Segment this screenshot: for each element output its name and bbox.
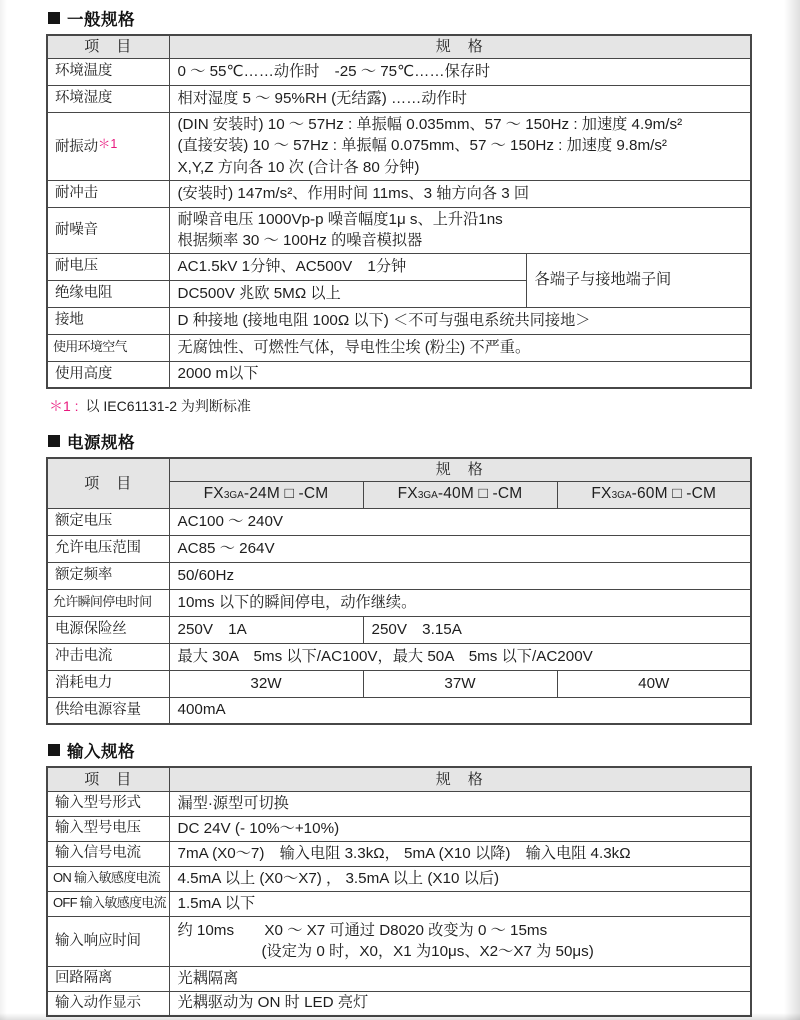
row-value: 400mA	[169, 697, 751, 724]
input-spec-table: 项 目 规 格 输入型号形式 漏型·源型可切换 输入型号电压 DC 24V (-…	[46, 766, 752, 1017]
table-header-row: 项 目 规 格	[47, 35, 751, 58]
header-item: 项 目	[47, 767, 169, 791]
model-name-40: FX3GA-40M □ -CM	[363, 481, 557, 508]
header-spec: 规 格	[169, 767, 751, 791]
table-row: 耐噪音 耐噪音电压 1000Vp-p 噪音幅度1μ s、上升沿1ns 根据频率 …	[47, 207, 751, 253]
section-bullet-icon	[48, 744, 60, 756]
general-spec-table: 项 目 规 格 环境温度 0 ～ 55℃……动作时 -25 ～ 75℃……保存时…	[46, 34, 752, 389]
page-edge-left	[0, 0, 7, 1020]
row-value: DC500V 兆欧 5MΩ 以上	[169, 280, 526, 307]
table-row: 回路隔离 光耦隔离	[47, 966, 751, 991]
section-bullet-icon	[48, 435, 60, 447]
row-label: 回路隔离	[47, 966, 169, 991]
table-row: 环境温度 0 ～ 55℃……动作时 -25 ～ 75℃……保存时	[47, 58, 751, 85]
model-name-60: FX3GA-60M □ -CM	[557, 481, 751, 508]
row-label: 耐噪音	[47, 207, 169, 253]
row-value: 光耦隔离	[169, 966, 751, 991]
row-value: 50/60Hz	[169, 562, 751, 589]
row-label: 额定频率	[47, 562, 169, 589]
section-title-text: 一般规格	[67, 6, 135, 30]
section-title-input: 输入规格	[48, 740, 800, 760]
table-row: 输入响应时间 约 10ms X0 ～ X7 可通过 D8020 改变为 0 ～ …	[47, 916, 751, 966]
table-row: 电源保险丝 250V 1A 250V 3.15A	[47, 616, 751, 643]
row-label: 允许电压范围	[47, 535, 169, 562]
row-label: ON 输入敏感度电流	[47, 866, 169, 891]
row-value: 1.5mA 以下	[169, 891, 751, 916]
power-spec-table: 项 目 规 格 FX3GA-24M □ -CM FX3GA-40M □ -CM …	[46, 457, 752, 725]
row-label: 耐电压	[47, 253, 169, 280]
row-value: AC85 ～ 264V	[169, 535, 751, 562]
table-row: 供给电源容量 400mA	[47, 697, 751, 724]
table-row: 额定电压 AC100 ～ 240V	[47, 508, 751, 535]
row-label: OFF 输入敏感度电流	[47, 891, 169, 916]
footnote: ＊1 : 以 IEC61131-2 为判断标准	[49, 396, 800, 414]
row-label: 输入响应时间	[47, 916, 169, 966]
row-label: 额定电压	[47, 508, 169, 535]
footnote-text: 以 IEC61131-2 为判断标准	[85, 398, 250, 414]
row-value: 10ms 以下的瞬间停电，动作继续。	[169, 589, 751, 616]
row-label: 使用高度	[47, 361, 169, 388]
table-header-row: 项 目 规 格	[47, 458, 751, 481]
table-row: 使用高度 2000 m以下	[47, 361, 751, 388]
row-value: (安装时) 147m/s²、作用时间 11ms、3 轴方向各 3 回	[169, 180, 751, 207]
row-value: 40W	[557, 670, 751, 697]
row-label: 绝缘电阻	[47, 280, 169, 307]
model-name-24: FX3GA-24M □ -CM	[169, 481, 363, 508]
table-row: 输入动作显示 光耦驱动为 ON 时 LED 亮灯	[47, 991, 751, 1016]
row-value: (DIN 安装时) 10 ～ 57Hz : 单振幅 0.035mm、57 ～ 1…	[169, 112, 751, 180]
row-value: DC 24V (- 10%～+10%)	[169, 816, 751, 841]
row-value: 32W	[169, 670, 363, 697]
header-item: 项 目	[47, 458, 169, 508]
row-value: 7mA (X0～7) 输入电阻 3.3kΩ， 5mA (X10 以降) 输入电阻…	[169, 841, 751, 866]
row-value: AC100 ～ 240V	[169, 508, 751, 535]
row-value: 相对湿度 5 ～ 95%RH (无结露) ……动作时	[169, 85, 751, 112]
row-label: 输入型号电压	[47, 816, 169, 841]
header-item: 项 目	[47, 35, 169, 58]
row-value: 37W	[363, 670, 557, 697]
row-label: 电源保险丝	[47, 616, 169, 643]
row-label: 接地	[47, 307, 169, 334]
row-label: 允许瞬间停电时间	[47, 589, 169, 616]
table-row: ON 输入敏感度电流 4.5mA 以上 (X0～X7) ， 3.5mA 以上 (…	[47, 866, 751, 891]
table-row: 消耗电力 32W 37W 40W	[47, 670, 751, 697]
table-row: 耐振动＊1 (DIN 安装时) 10 ～ 57Hz : 单振幅 0.035mm、…	[47, 112, 751, 180]
table-row: 耐电压 AC1.5kV 1分钟、AC500V 1分钟 各端子与接地端子间	[47, 253, 751, 280]
footnote-marker: ＊1 :	[49, 398, 79, 414]
table-row: 额定频率 50/60Hz	[47, 562, 751, 589]
row-label: 输入型号形式	[47, 791, 169, 816]
row-label: 输入信号电流	[47, 841, 169, 866]
footnote-marker: ＊1	[98, 137, 117, 151]
row-label: 冲击电流	[47, 643, 169, 670]
row-value: 4.5mA 以上 (X0～X7) ， 3.5mA 以上 (X10 以后)	[169, 866, 751, 891]
row-value: 无腐蚀性、可燃性气体，导电性尘埃 (粉尘) 不严重。	[169, 334, 751, 361]
table-row: 输入型号电压 DC 24V (- 10%～+10%)	[47, 816, 751, 841]
row-value: 漏型·源型可切换	[169, 791, 751, 816]
datasheet-page: 一般规格 项 目 规 格 环境温度 0 ～ 55℃……动作时 -25 ～ 75℃…	[0, 0, 800, 1020]
table-row: 输入信号电流 7mA (X0～7) 输入电阻 3.3kΩ， 5mA (X10 以…	[47, 841, 751, 866]
row-value: 0 ～ 55℃……动作时 -25 ～ 75℃……保存时	[169, 58, 751, 85]
row-value: D 种接地 (接地电阻 100Ω 以下) ＜不可与强电系统共同接地＞	[169, 307, 751, 334]
row-label: 供给电源容量	[47, 697, 169, 724]
row-value: 约 10ms X0 ～ X7 可通过 D8020 改变为 0 ～ 15ms (设…	[169, 916, 751, 966]
row-label: 环境温度	[47, 58, 169, 85]
row-value: 2000 m以下	[169, 361, 751, 388]
row-value: 耐噪音电压 1000Vp-p 噪音幅度1μ s、上升沿1ns 根据频率 30 ～…	[169, 207, 751, 253]
merged-terminal-cell: 各端子与接地端子间	[526, 253, 751, 307]
row-label: 使用环境空气	[47, 334, 169, 361]
row-label: 耐振动＊1	[47, 112, 169, 180]
table-row: 允许瞬间停电时间 10ms 以下的瞬间停电，动作继续。	[47, 589, 751, 616]
section-title-power: 电源规格	[48, 431, 800, 451]
row-value: AC1.5kV 1分钟、AC500V 1分钟	[169, 253, 526, 280]
row-label: 输入动作显示	[47, 991, 169, 1016]
table-row: 耐冲击 (安装时) 147m/s²、作用时间 11ms、3 轴方向各 3 回	[47, 180, 751, 207]
row-label: 环境湿度	[47, 85, 169, 112]
row-value: 光耦驱动为 ON 时 LED 亮灯	[169, 991, 751, 1016]
table-row: 接地 D 种接地 (接地电阻 100Ω 以下) ＜不可与强电系统共同接地＞	[47, 307, 751, 334]
row-label: 耐冲击	[47, 180, 169, 207]
section-title-text: 输入规格	[67, 738, 135, 762]
section-bullet-icon	[48, 12, 60, 24]
header-spec: 规 格	[169, 35, 751, 58]
page-edge-right	[784, 0, 800, 1020]
section-title-text: 电源规格	[67, 429, 135, 453]
table-row: 允许电压范围 AC85 ～ 264V	[47, 535, 751, 562]
row-value: 250V 1A	[169, 616, 363, 643]
table-row: 冲击电流 最大 30A 5ms 以下/AC100V，最大 50A 5ms 以下/…	[47, 643, 751, 670]
table-row: 环境湿度 相对湿度 5 ～ 95%RH (无结露) ……动作时	[47, 85, 751, 112]
table-row: 输入型号形式 漏型·源型可切换	[47, 791, 751, 816]
table-row: OFF 输入敏感度电流 1.5mA 以下	[47, 891, 751, 916]
row-value: 250V 3.15A	[363, 616, 751, 643]
table-row: 使用环境空气 无腐蚀性、可燃性气体，导电性尘埃 (粉尘) 不严重。	[47, 334, 751, 361]
section-title-general: 一般规格	[48, 8, 800, 28]
header-spec: 规 格	[169, 458, 751, 481]
table-header-row: 项 目 规 格	[47, 767, 751, 791]
row-value: 最大 30A 5ms 以下/AC100V，最大 50A 5ms 以下/AC200…	[169, 643, 751, 670]
row-label: 消耗电力	[47, 670, 169, 697]
